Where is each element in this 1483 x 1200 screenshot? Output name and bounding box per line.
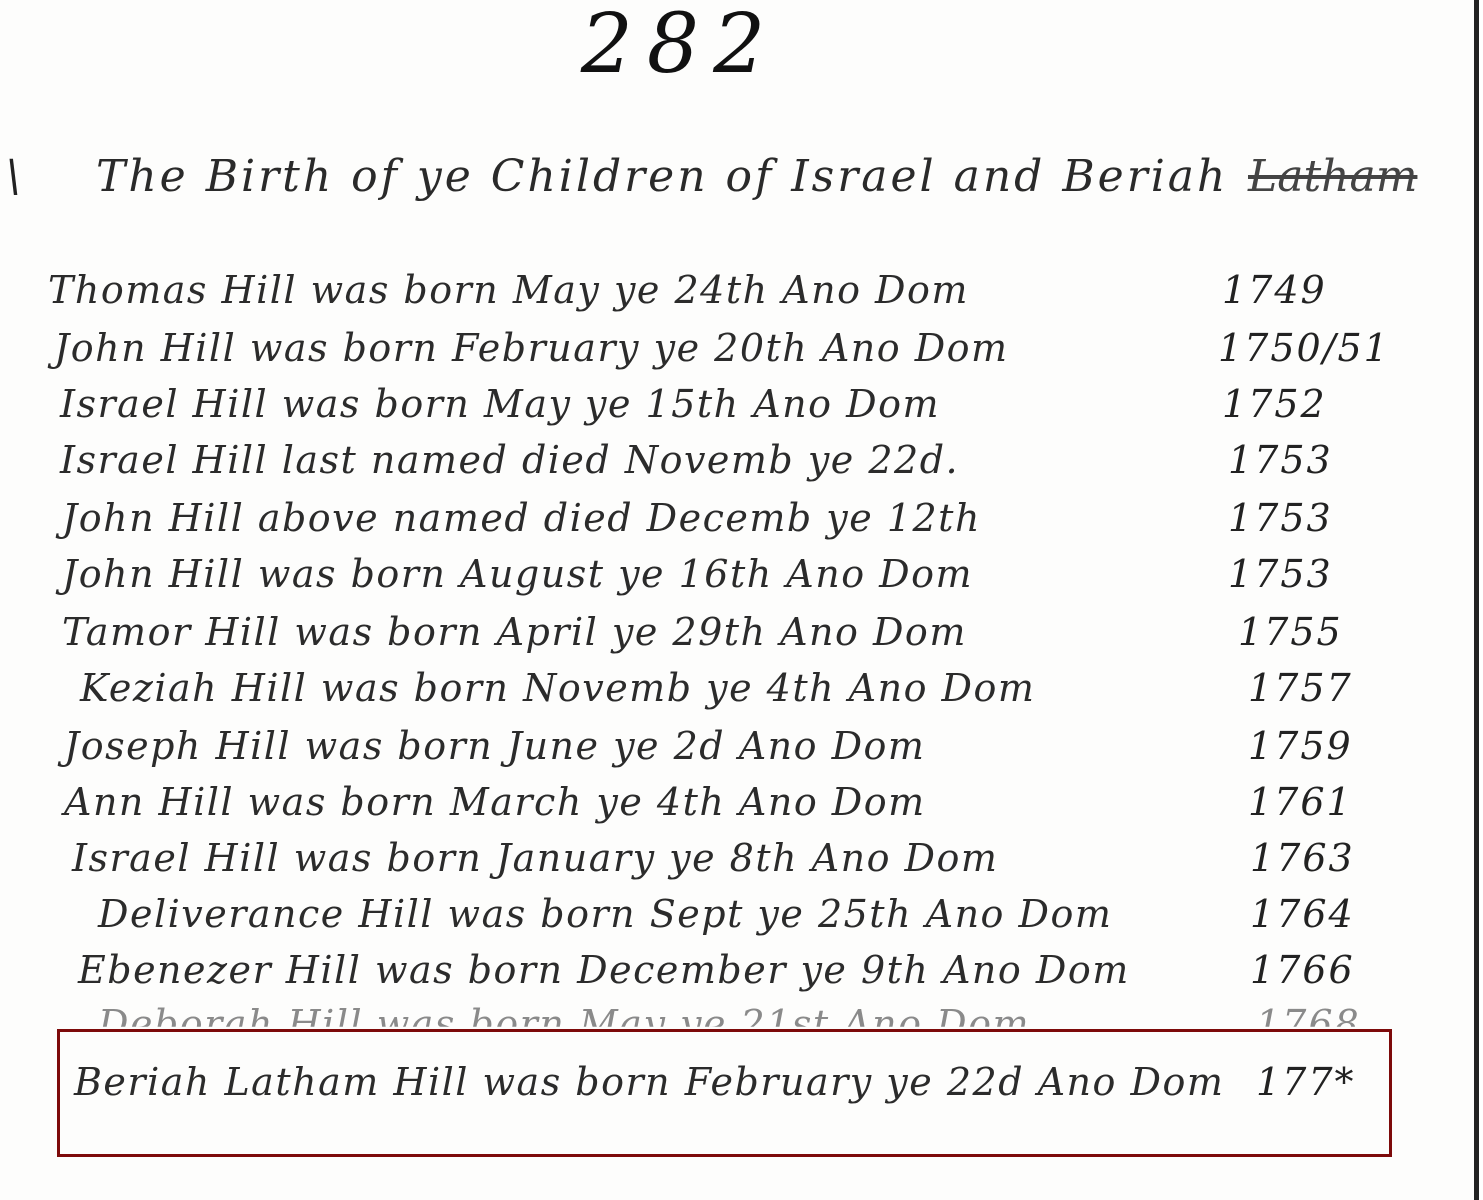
record-entry: Keziah Hill was born Novemb ye 4th Ano D… xyxy=(0,660,1400,716)
entry-year: 1752 xyxy=(1222,376,1327,432)
record-entry: Israel Hill was born January ye 8th Ano … xyxy=(0,830,1400,886)
register-heading: \ The Birth of ye Children of Israel and… xyxy=(0,142,1400,212)
entry-text: Keziah Hill was born Novemb ye 4th Ano D… xyxy=(80,660,1035,716)
entry-year: 1757 xyxy=(1248,660,1353,716)
check-mark: \ xyxy=(6,142,21,212)
record-entry: John Hill above named died Decemb ye 12t… xyxy=(0,490,1400,546)
entry-year: 1753 xyxy=(1228,546,1333,602)
entry-text: Ann Hill was born March ye 4th Ano Dom xyxy=(64,774,926,830)
record-entry: Ann Hill was born March ye 4th Ano Dom 1… xyxy=(0,774,1400,830)
record-entry: John Hill was born February ye 20th Ano … xyxy=(0,320,1400,376)
highlight-box xyxy=(57,1029,1392,1157)
entry-text: Israel Hill last named died Novemb ye 22… xyxy=(60,432,959,488)
entry-year: 1763 xyxy=(1250,830,1355,886)
entry-text: Deliverance Hill was born Sept ye 25th A… xyxy=(98,886,1112,942)
struck-through-word: Latham xyxy=(1248,142,1417,212)
page-number: 282 xyxy=(560,0,800,90)
record-entry: John Hill was born August ye 16th Ano Do… xyxy=(0,546,1400,602)
record-entry: Deliverance Hill was born Sept ye 25th A… xyxy=(0,886,1400,942)
record-entry: Israel Hill was born May ye 15th Ano Dom… xyxy=(0,376,1400,432)
entry-year: 1761 xyxy=(1248,774,1353,830)
entry-text: John Hill was born August ye 16th Ano Do… xyxy=(62,546,973,602)
record-entry: Thomas Hill was born May ye 24th Ano Dom… xyxy=(0,262,1400,318)
entry-year: 1764 xyxy=(1250,886,1355,942)
manuscript-page: 282 \ The Birth of ye Children of Israel… xyxy=(0,0,1474,1200)
entry-year: 1753 xyxy=(1228,490,1333,546)
entry-text: Israel Hill was born January ye 8th Ano … xyxy=(72,830,998,886)
entry-year: 1759 xyxy=(1248,718,1353,774)
entry-year: 1753 xyxy=(1228,432,1333,488)
entry-text: Thomas Hill was born May ye 24th Ano Dom xyxy=(48,262,969,318)
entry-year: 1755 xyxy=(1238,604,1343,660)
entry-text: Joseph Hill was born June ye 2d Ano Dom xyxy=(64,718,925,774)
entry-year: 1749 xyxy=(1222,262,1327,318)
page-edge xyxy=(1474,0,1483,1200)
entry-text: John Hill above named died Decemb ye 12t… xyxy=(62,490,981,546)
heading-text: The Birth of ye Children of Israel and B… xyxy=(96,142,1228,212)
entry-text: Ebenezer Hill was born December ye 9th A… xyxy=(78,942,1130,998)
record-entry: Ebenezer Hill was born December ye 9th A… xyxy=(0,942,1400,998)
entry-year: 1750/51 xyxy=(1218,320,1390,376)
record-entry: Joseph Hill was born June ye 2d Ano Dom … xyxy=(0,718,1400,774)
entry-year: 1766 xyxy=(1250,942,1355,998)
record-entry: Israel Hill last named died Novemb ye 22… xyxy=(0,432,1400,488)
entry-text: Israel Hill was born May ye 15th Ano Dom xyxy=(60,376,940,432)
entry-text: Tamor Hill was born April ye 29th Ano Do… xyxy=(62,604,967,660)
entry-text: John Hill was born February ye 20th Ano … xyxy=(54,320,1009,376)
record-entry: Tamor Hill was born April ye 29th Ano Do… xyxy=(0,604,1400,660)
